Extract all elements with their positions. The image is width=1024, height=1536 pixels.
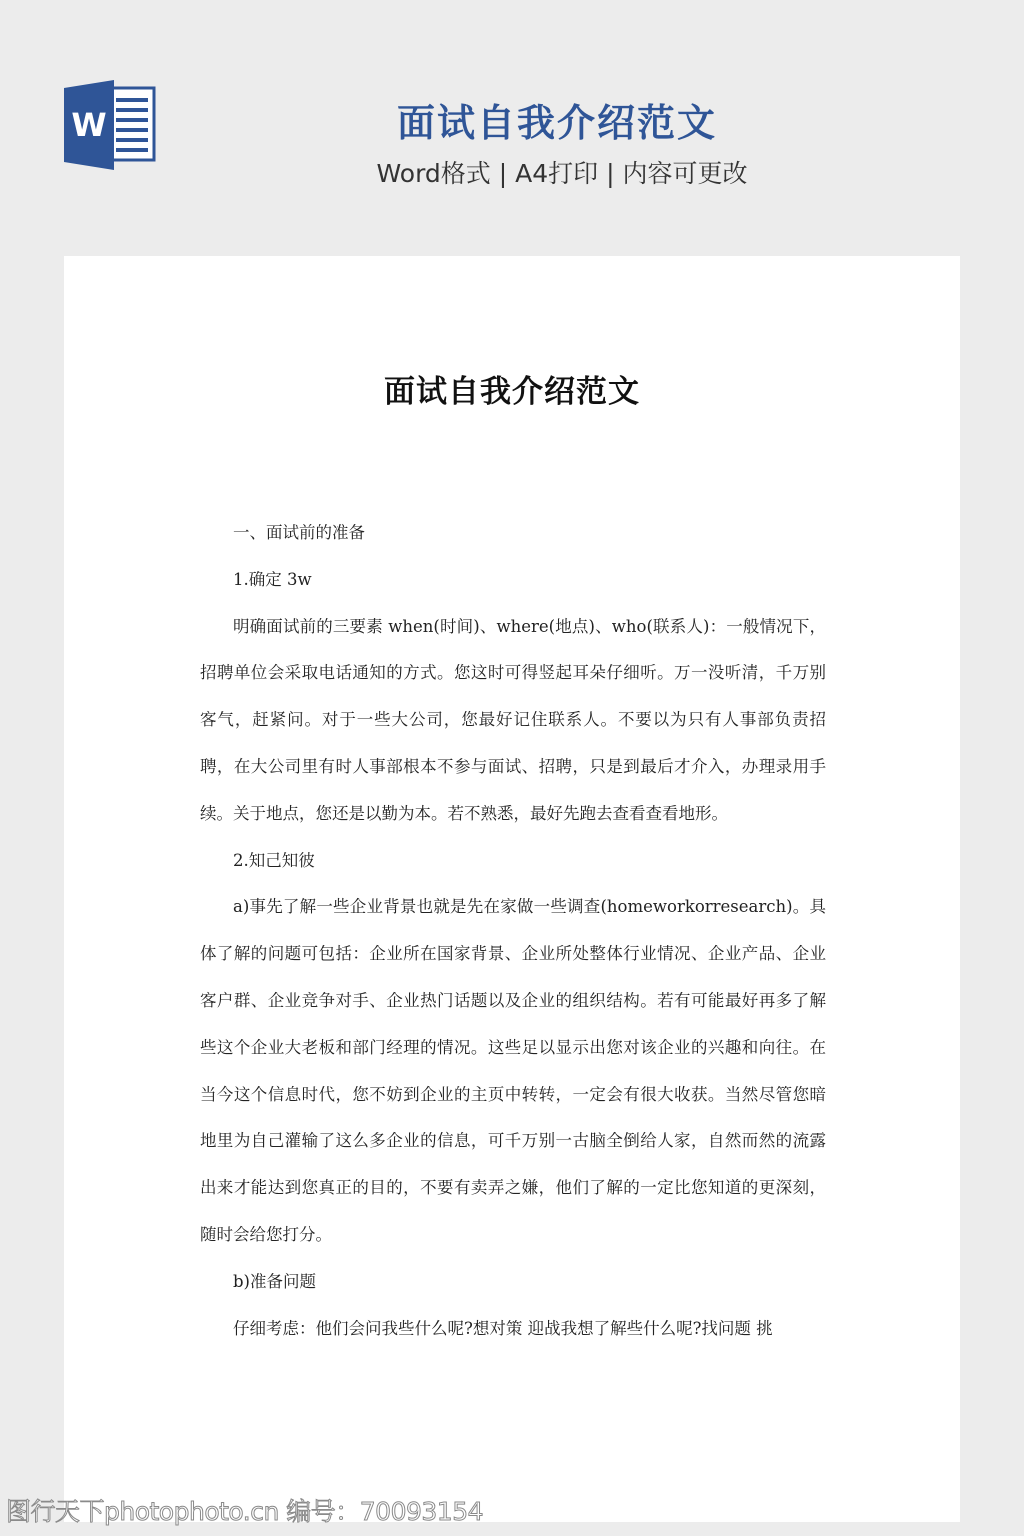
banner-header: W 面试自我介绍范文 Word格式 | A4打印 | 内容可更改	[0, 0, 1024, 256]
subsection-heading: 1.确定 3w	[200, 557, 826, 604]
document-page: 面试自我介绍范文 一、面试前的准备 1.确定 3w 明确面试前的三要素 when…	[64, 256, 960, 1522]
banner-title: 面试自我介绍范文	[0, 92, 1024, 147]
banner-subtitle: Word格式 | A4打印 | 内容可更改	[0, 154, 1024, 190]
paragraph: 明确面试前的三要素 when(时间)、where(地点)、who(联系人)：一般…	[200, 604, 826, 838]
paragraph: 仔细考虑：他们会问我些什么呢?想对策 迎战我想了解些什么呢?找问题 挑	[200, 1306, 826, 1353]
section-heading: 一、面试前的准备	[200, 510, 826, 557]
paragraph: a)事先了解一些企业背景也就是先在家做一些调查(homeworkorresear…	[200, 884, 826, 1258]
document-title: 面试自我介绍范文	[64, 366, 960, 411]
document-body: 一、面试前的准备 1.确定 3w 明确面试前的三要素 when(时间)、wher…	[200, 510, 826, 1352]
subsection-heading: b)准备问题	[200, 1259, 826, 1306]
subsection-heading: 2.知己知彼	[200, 838, 826, 885]
watermark: 图行天下photophoto.cn 编号：70093154	[6, 1492, 483, 1528]
